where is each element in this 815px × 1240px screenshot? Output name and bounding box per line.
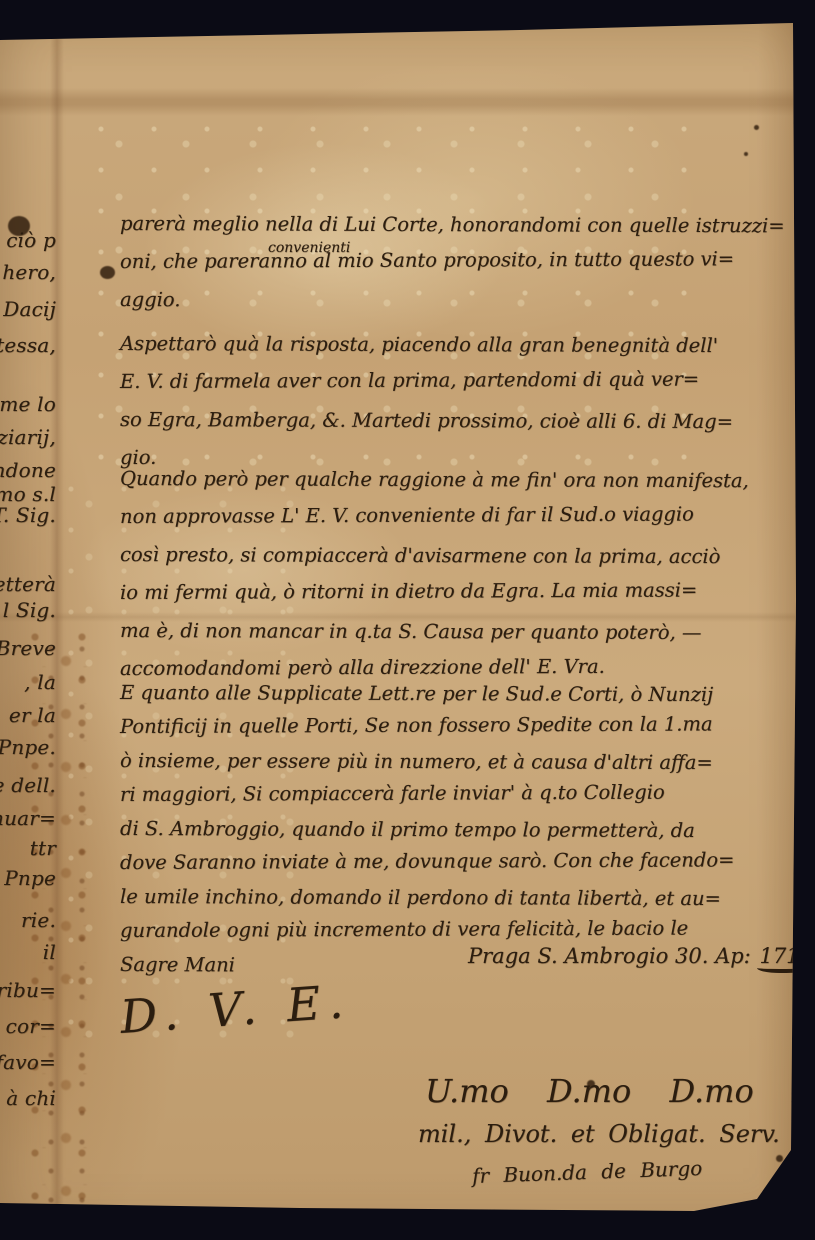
dateline-year-underlined: 1710 <box>757 944 814 973</box>
margin-fragment-line: ciò p <box>6 228 56 252</box>
margin-fragment-line: inuar= <box>0 806 56 830</box>
valediction-monogram: D. V. E. <box>118 974 352 1044</box>
margin-fragment-line: Pnpe. <box>0 735 56 759</box>
handwritten-line: così presto, si compiaccerà d'avisarmene… <box>120 536 780 576</box>
facing-page-text-fragments: ciò phero,ri Dacijstessa,me lonziarij,en… <box>0 0 58 1240</box>
paragraph-1: parerà meglio nella di Lui Corte, honora… <box>120 205 780 319</box>
margin-fragment-line: Breve <box>0 636 56 660</box>
paragraph-4: E quanto alle Supplicate Lett.re per le … <box>120 676 780 982</box>
manuscript-page: ciò phero,ri Dacijstessa,me lonziarij,en… <box>0 0 815 1240</box>
handwritten-line: ri maggiori, Si compiaccerà farle inviar… <box>120 775 780 812</box>
margin-fragment-line: T. Sig. <box>0 503 56 527</box>
handwritten-line: ma è, di non mancar in q.ta S. Causa per… <box>120 612 780 652</box>
margin-fragment-line: ttr <box>30 836 56 860</box>
margin-fragment-line: ne dell. <box>0 773 56 797</box>
handwritten-line: Aspettarò quà la risposta, piacendo alla… <box>120 325 780 365</box>
signature-line-1: U.mo D.mo D.mo Hu= <box>425 1072 815 1110</box>
margin-fragment-line: favo= <box>0 1050 56 1074</box>
margin-fragment-line: er la <box>9 703 56 727</box>
ink-speck <box>744 152 748 156</box>
handwritten-line: gurandole ogni più incremento di vera fe… <box>120 911 780 948</box>
handwritten-line: so Egra, Bamberga, &. Martedi prossimo, … <box>120 401 780 441</box>
handwritten-line: dove Saranno inviate à me, dovunque sarò… <box>120 843 780 880</box>
margin-fragment-line: la cor= <box>0 1014 56 1038</box>
paragraph-3: Quando però per qualche raggione à me fi… <box>120 460 780 688</box>
margin-fragment-line: il <box>43 940 56 964</box>
handwritten-line: io mi fermi quà, ò ritorni in dietro da … <box>120 571 780 612</box>
ink-speck <box>776 1155 783 1162</box>
paragraph-2: Aspettarò quà la risposta, piacendo alla… <box>120 325 780 477</box>
ink-speck <box>754 125 759 130</box>
signature-line-2: mil., Divot. et Obligat. Serv. <box>418 1120 780 1148</box>
margin-fragment-line: l Sig. <box>3 598 56 622</box>
handwritten-line: oni, che pareranno al mio Santo proposit… <box>120 240 780 281</box>
horizontal-fold-crease <box>0 88 795 116</box>
margin-fragment-line: hero, <box>2 260 56 284</box>
margin-fragment-line: , la <box>24 670 56 694</box>
handwritten-line: non approvasse L' E. V. conveniente di f… <box>120 495 780 536</box>
margin-fragment-line: ri Dacij <box>0 297 56 321</box>
margin-fragment-line: à chi <box>6 1086 56 1110</box>
handwritten-line: E. V. di farmela aver con la prima, part… <box>120 360 780 401</box>
margin-fragment-line: rie. <box>21 908 56 932</box>
handwritten-line: Pontificij in quelle Porti, Se non fosse… <box>120 707 780 744</box>
margin-fragment-line: me lo <box>0 392 56 416</box>
interlinear-insertion: convenienti <box>268 240 350 256</box>
margin-fragment-line: etterà <box>0 572 56 596</box>
handwritten-line: parerà meglio nella di Lui Corte, honora… <box>120 205 780 245</box>
margin-fragment-line: nziarij, <box>0 425 56 449</box>
margin-fragment-line: Pnpe <box>4 866 56 890</box>
signature-line-3: fr Buon.da de Burgo <box>472 1156 703 1188</box>
handwritten-line: Quando però per qualche raggione à me fi… <box>120 460 780 500</box>
margin-fragment-line: endone <box>0 458 56 482</box>
photo-background: ciò phero,ri Dacijstessa,me lonziarij,en… <box>0 0 815 1240</box>
dateline-place-date: Praga S. Ambrogio 30. Ap: <box>468 944 751 968</box>
dateline: Praga S. Ambrogio 30. Ap: 1710 <box>468 944 815 973</box>
margin-fragment-line: ontribu= <box>0 978 56 1002</box>
ink-blot <box>100 266 115 279</box>
handwritten-line: aggio. <box>120 281 780 321</box>
margin-fragment-line: stessa, <box>0 333 56 357</box>
